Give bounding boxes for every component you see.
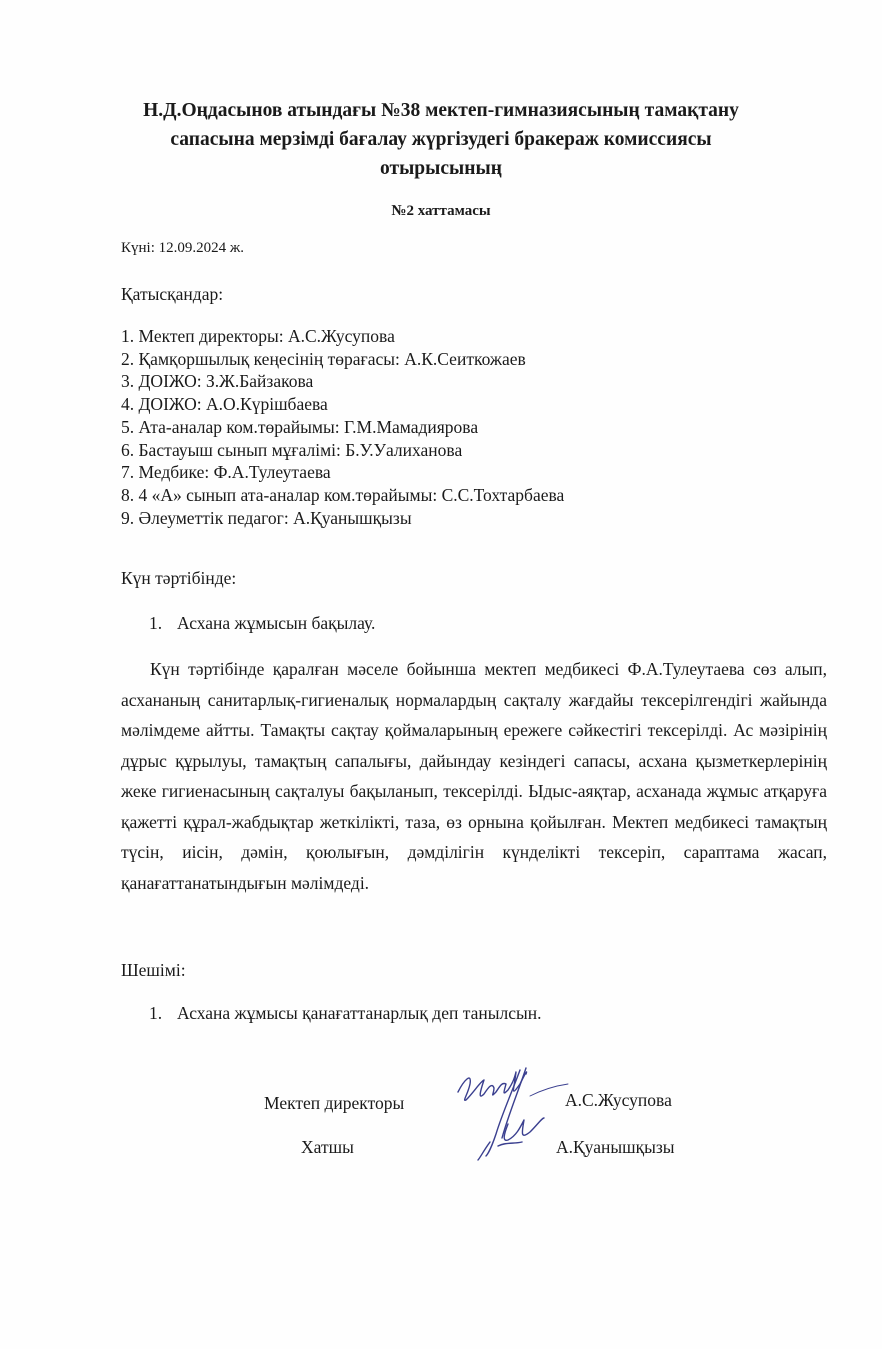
participant-item: 7. Медбике: Ф.А.Тулеутаева bbox=[121, 461, 564, 484]
body-paragraph: Күн тәртібінде қаралған мәселе бойынша м… bbox=[121, 654, 827, 898]
director-name: А.С.Жусупова bbox=[565, 1090, 672, 1111]
agenda-item-text: Асхана жұмысын бақылау. bbox=[177, 613, 375, 633]
participant-item: 4. ДОІЖО: А.О.Күрішбаева bbox=[121, 393, 564, 416]
participant-item: 8. 4 «А» сынып ата-аналар ком.төрайымы: … bbox=[121, 484, 564, 507]
protocol-number: №2 хаттамасы bbox=[100, 203, 782, 220]
participant-item: 3. ДОІЖО: З.Ж.Байзакова bbox=[121, 370, 564, 393]
participants-heading: Қатысқандар: bbox=[121, 284, 223, 305]
agenda-item-number: 1. bbox=[149, 613, 177, 634]
participant-item: 2. Қамқоршылық кеңесінің төрағасы: А.К.С… bbox=[121, 348, 564, 371]
agenda-item: 1.Асхана жұмысын бақылау. bbox=[149, 613, 375, 634]
agenda-heading: Күн тәртібінде: bbox=[121, 568, 236, 589]
participant-item: 5. Ата-аналар ком.төрайымы: Г.М.Мамадияр… bbox=[121, 416, 564, 439]
document-page: Н.Д.Оңдасынов атындағы №38 мектеп-гимназ… bbox=[0, 0, 882, 1349]
handwritten-signature-icon bbox=[450, 1062, 570, 1162]
decision-item: 1.Асхана жұмысы қанағаттанарлық деп таны… bbox=[149, 1003, 541, 1024]
participant-item: 9. Әлеуметтік педагог: А.Қуанышқызы bbox=[121, 507, 564, 530]
title-line: сапасына мерзімді бағалау жүргізудегі бр… bbox=[100, 125, 782, 154]
participant-item: 1. Мектеп директоры: А.С.Жусупова bbox=[121, 325, 564, 348]
meeting-date: Күні: 12.09.2024 ж. bbox=[121, 240, 244, 257]
secretary-role: Хатшы bbox=[301, 1137, 354, 1158]
document-title: Н.Д.Оңдасынов атындағы №38 мектеп-гимназ… bbox=[100, 96, 782, 183]
title-line: отырысының bbox=[100, 154, 782, 183]
decision-item-text: Асхана жұмысы қанағаттанарлық деп танылс… bbox=[177, 1003, 541, 1023]
secretary-name: А.Қуанышқызы bbox=[556, 1137, 675, 1158]
decision-item-number: 1. bbox=[149, 1003, 177, 1024]
participant-item: 6. Бастауыш сынып мұғалімі: Б.У.Уалихано… bbox=[121, 439, 564, 462]
director-role: Мектеп директоры bbox=[264, 1093, 404, 1114]
decision-heading: Шешімі: bbox=[121, 960, 186, 981]
title-line: Н.Д.Оңдасынов атындағы №38 мектеп-гимназ… bbox=[100, 96, 782, 125]
participants-list: 1. Мектеп директоры: А.С.Жусупова 2. Қам… bbox=[121, 325, 564, 529]
